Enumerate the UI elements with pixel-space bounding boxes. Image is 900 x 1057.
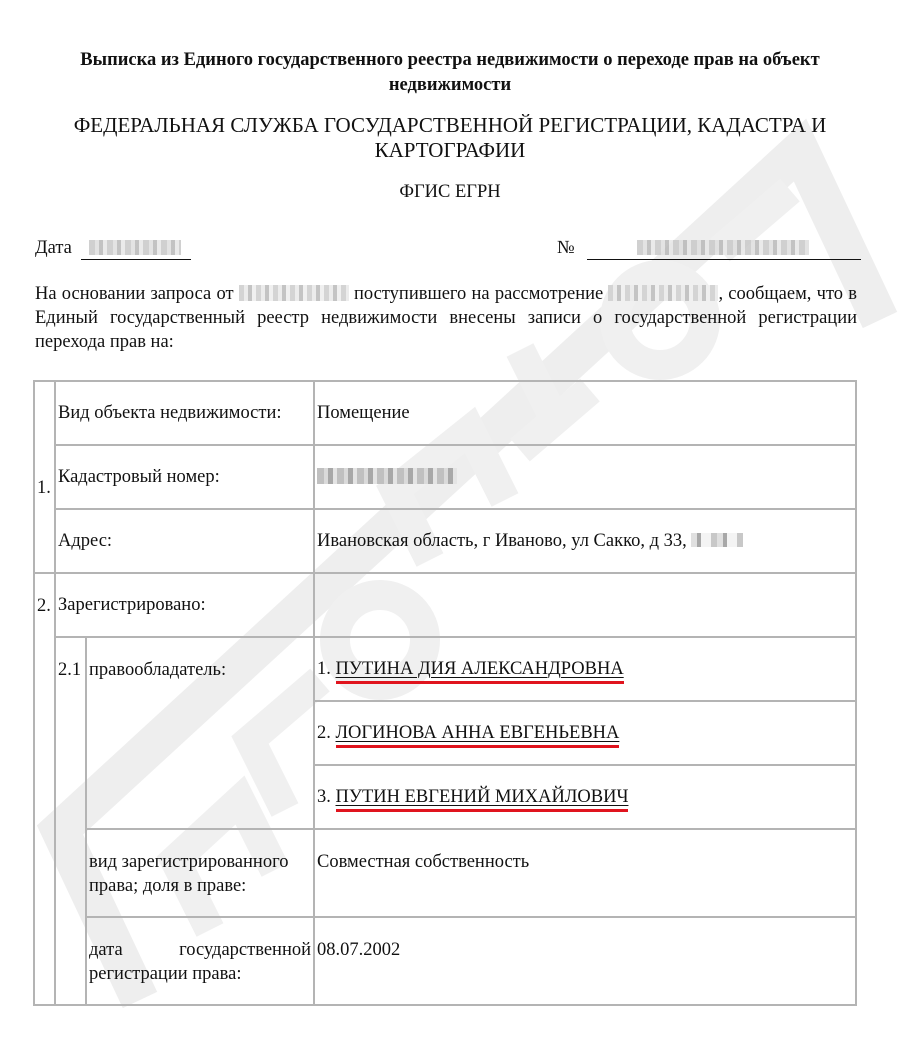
date-value-redacted [81, 237, 191, 260]
agency-line-2: КАРТОГРАФИИ [0, 138, 900, 163]
holder-index: 1. [317, 659, 331, 679]
right-type-value: Совместная собственность [314, 829, 856, 917]
cadastral-label: Кадастровый номер: [55, 445, 314, 509]
holder-2: 2. ЛОГИНОВА АННА ЕВГЕНЬЕВНА [314, 701, 856, 765]
intro-text-2: поступившего на рассмотрение [354, 284, 603, 304]
holder-name: ПУТИН ЕВГЕНИЙ МИХАЙЛОВИЧ [336, 787, 629, 812]
request-date-redacted [239, 285, 349, 301]
number-field: № [557, 236, 861, 260]
address-label: Адрес: [55, 509, 314, 573]
system-name: ФГИС ЕГРН [0, 180, 900, 204]
holder-index: 3. [317, 787, 331, 807]
table-row: вид зарегистрированного права; доля в пр… [34, 829, 856, 917]
section-2-number: 2. [34, 573, 55, 1005]
table-row: 2.1 правообладатель: 1. ПУТИНА ДИЯ АЛЕКС… [34, 637, 856, 701]
date-label: Дата [35, 238, 72, 258]
table-row: 2. Зарегистрировано: [34, 573, 856, 637]
holder-label: правообладатель: [86, 637, 314, 829]
address-text: Ивановская область, г Иваново, ул Сакко,… [317, 531, 687, 551]
date-field: Дата [35, 236, 191, 260]
registration-table: 1. Вид объекта недвижимости: Помещение К… [33, 380, 857, 1006]
reg-date-label: дата государственной регистрации права: [86, 917, 314, 1005]
subsection-number: 2.1 [55, 637, 86, 1005]
registered-label: Зарегистрировано: [55, 573, 314, 637]
holder-3: 3. ПУТИН ЕВГЕНИЙ МИХАЙЛОВИЧ [314, 765, 856, 829]
number-label: № [557, 238, 575, 258]
agency-line-1: ФЕДЕРАЛЬНАЯ СЛУЖБА ГОСУДАРСТВЕННОЙ РЕГИС… [0, 113, 900, 138]
table-row: Адрес: Ивановская область, г Иваново, ул… [34, 509, 856, 573]
holder-1: 1. ПУТИНА ДИЯ АЛЕКСАНДРОВНА [314, 637, 856, 701]
document-title: Выписка из Единого государственного реес… [0, 48, 900, 98]
holder-index: 2. [317, 723, 331, 743]
agency-name: ФЕДЕРАЛЬНАЯ СЛУЖБА ГОСУДАРСТВЕННОЙ РЕГИС… [0, 113, 900, 163]
section-1-number: 1. [34, 381, 55, 573]
intro-paragraph: На основании запроса от поступившего на … [35, 282, 857, 354]
cadastral-value-redacted [314, 445, 856, 509]
redacted-block [637, 240, 809, 255]
title-line-2: недвижимости [0, 73, 900, 98]
reg-date-value: 08.07.2002 [314, 917, 856, 1005]
right-type-label: вид зарегистрированного права; доля в пр… [86, 829, 314, 917]
document-page: Выписка из Единого государственного реес… [0, 0, 900, 1057]
number-value-redacted [587, 237, 861, 260]
redacted-block [317, 468, 457, 484]
object-type-value: Помещение [314, 381, 856, 445]
holder-name: ПУТИНА ДИЯ АЛЕКСАНДРОВНА [336, 659, 624, 684]
table-row: дата государственной регистрации права: … [34, 917, 856, 1005]
redacted-block [89, 240, 181, 255]
title-line-1: Выписка из Единого государственного реес… [0, 48, 900, 73]
redacted-block [691, 533, 743, 547]
table-row: Кадастровый номер: [34, 445, 856, 509]
registered-value [314, 573, 856, 637]
table-row: 1. Вид объекта недвижимости: Помещение [34, 381, 856, 445]
holder-name: ЛОГИНОВА АННА ЕВГЕНЬЕВНА [336, 723, 620, 748]
object-type-label: Вид объекта недвижимости: [55, 381, 314, 445]
address-value: Ивановская область, г Иваново, ул Сакко,… [314, 509, 856, 573]
intro-text-1: На основании запроса от [35, 284, 234, 304]
received-date-redacted [608, 285, 718, 301]
